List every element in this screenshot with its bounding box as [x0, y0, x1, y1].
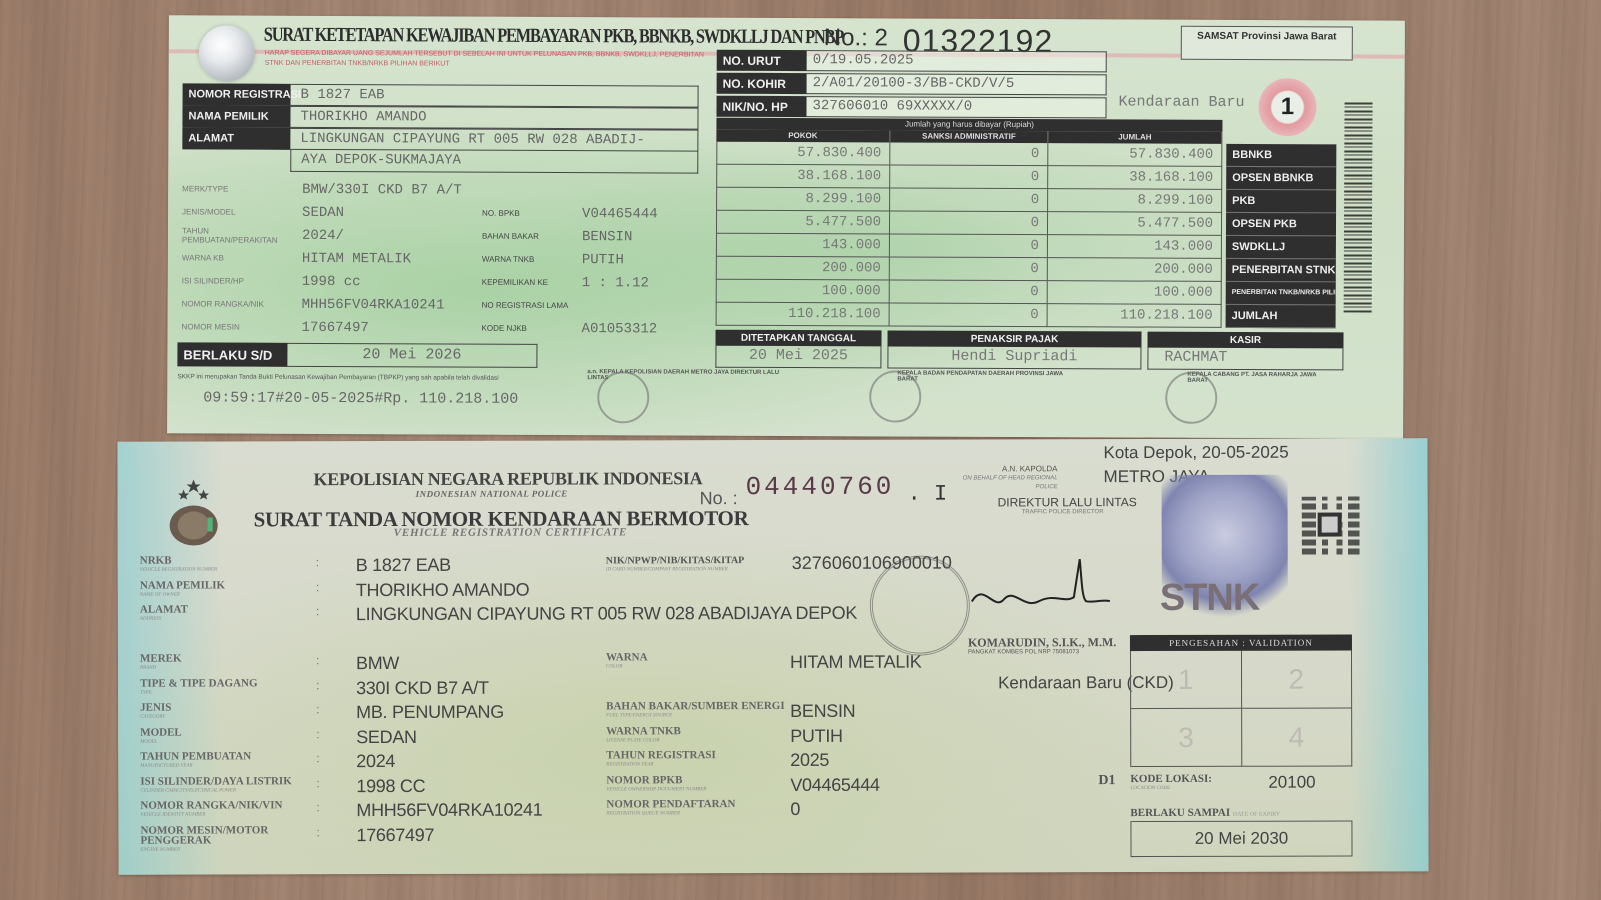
signer-name: KOMARUDIN, S.I.K., M.M. [968, 635, 1116, 650]
tax-row-label: PKB [1226, 190, 1336, 213]
stnk-field-row: WARNA TNKBLICENSE PLATE COLORPUTIH [606, 725, 922, 750]
tax-row: 5.477.50005.477.500OPSEN PKB [716, 211, 1338, 237]
owner-address-line2: AYA DEPOK-SUKMAJAYA [290, 150, 698, 174]
tax-row: 110.218.1000110.218.100JUMLAH [716, 303, 1338, 329]
police-emblem-icon [164, 477, 224, 547]
stnk-field-row: ALAMATADDRESS:LINGKUNGAN CIPAYUNG RT 005… [140, 603, 857, 629]
new-vehicle-label: Kendaraan Baru [1119, 93, 1245, 111]
tax-row-label: BBNKB [1226, 144, 1336, 167]
registration-number: B 1827 EAB [291, 84, 699, 108]
tax-row-label: PENERBITAN TNKB/NRKB PILIHAN [1226, 282, 1336, 305]
d1-code: D1 [1098, 773, 1115, 789]
validation-box: PENGESAHAN : VALIDATION 1 2 3 4 [1130, 634, 1352, 767]
tax-row-label: JUMLAH [1226, 305, 1336, 328]
tax-row: 200.0000200.000PENERBITAN STNK [716, 257, 1338, 283]
tax-row: 143.0000143.000SWDKLLJ [716, 234, 1338, 260]
info-row: NIK/NO. HP327606010 69XXXXX/0 [716, 96, 1106, 119]
director-title: DIREKTUR LALU LINTAS [998, 495, 1137, 509]
bapenda-stamp-icon [869, 370, 921, 422]
stnk-field-row [140, 627, 857, 653]
info-row: NO. URUT0/19.05.2025 [717, 50, 1107, 73]
expiry-date: 20 Mei 2030 [1130, 820, 1352, 857]
police-round-stamp-icon [870, 555, 970, 655]
signoff-assessor: PENAKSIR PAJAKHendi Supriadi [887, 330, 1141, 369]
owner-address: LINGKUNGAN CIPAYUNG RT 005 RW 028 ABADIJ… [290, 128, 698, 152]
barcode-icon [1344, 102, 1373, 312]
qr-code-center [1318, 513, 1342, 537]
stnk-field-row: NOMOR BPKBVEHICLE OWNERSHIP DOCUMENT NUM… [606, 774, 922, 799]
signoff-row: DITETAPKAN TANGGAL20 Mei 2025 PENAKSIR P… [715, 330, 1343, 371]
signoff-date: DITETAPKAN TANGGAL20 Mei 2025 [715, 330, 881, 369]
stnk-certificate: KEPOLISIAN NEGARA REPUBLIK INDONESIA IND… [117, 438, 1428, 874]
stnk-title-en: VEHICLE REGISTRATION CERTIFICATE [394, 526, 627, 539]
police-stamp-icon [597, 371, 649, 423]
stnk-hologram-text: STNK [1160, 577, 1260, 620]
signature-icon [964, 551, 1114, 621]
stnk-field-row: NAMA PEMILIKNAME OF OWNER:THORIKHO AMAND… [140, 578, 857, 604]
hologram-seal-icon [199, 25, 255, 81]
tax-row: 38.168.100038.168.100OPSEN BBNKB [716, 165, 1338, 191]
stnk-number: 04440760 [746, 472, 895, 502]
skpd-number-label: No.: 2 [824, 24, 888, 52]
info-row: NO. KOHIR2/A01/20100-3/BB-CKD/V/5 [717, 73, 1107, 96]
header-info: NO. URUT0/19.05.2025 NO. KOHIR2/A01/2010… [716, 50, 1106, 121]
on-behalf-label: A.N. KAPOLDAON BEHALF OF HEAD REGIONAL P… [958, 465, 1058, 491]
tax-row-label: PENERBITAN STNK [1226, 259, 1336, 282]
jasaraharja-stamp-icon [1165, 372, 1217, 424]
skpd-title: SURAT KETETAPAN KEWAJIBAN PEMBAYARAN PKB… [264, 24, 843, 50]
tax-row: 100.0000100.000PENERBITAN TNKB/NRKB PILI… [716, 280, 1338, 306]
owner-block: NOMOR REGISTRASIB 1827 EAB NAMA PEMILIKT… [182, 83, 698, 173]
stnk-field-row: NOMOR MESIN/MOTOR PENGGERAKENGINE NUMBER… [140, 823, 857, 849]
stnk-field-row: NRKBVEHICLE REGISTRATION NUMBER:B 1827 E… [140, 554, 857, 580]
stnk-field-row: NOMOR PENDAFTARANREGISTRATION QUEUE NUMB… [606, 799, 922, 824]
expiry-label: BERLAKU SAMPAI DATE OF EXPIRY [1130, 807, 1280, 819]
vehicle-field-row: TAHUN PEMBUATAN/PERAKITAN2024/BAHAN BAKA… [182, 223, 702, 248]
stnk-fields-right: WARNACOLORHITAM METALIKBAHAN BAKAR/SUMBE… [606, 652, 922, 824]
vehicle-field-row: NOMOR MESIN17667497KODE NJKBA01053312 [182, 315, 702, 340]
tax-row: 57.830.400057.830.400BBNKB [716, 142, 1338, 168]
vehicle-field-row: WARNA KBHITAM METALIKWARNA TNKBPUTIH [182, 246, 702, 271]
vehicle-fields: MERK/TYPEBMW/330I CKD B7 A/TJENIS/MODELS… [182, 177, 703, 340]
location-code-label: KODE LOKASI:LOCATION CODE [1130, 775, 1212, 793]
validation-cell: 2 [1241, 650, 1352, 708]
validation-note: SKKP ini merupakan Tanda Bukti Pelunasan… [177, 373, 597, 382]
owner-name: THORIKHO AMANDO [290, 106, 698, 130]
skpd-tax-notice: SURAT KETETAPAN KEWAJIBAN PEMBAYARAN PKB… [167, 15, 1405, 438]
header-police: KEPOLISIAN NEGARA REPUBLIK INDONESIA [314, 468, 703, 490]
tax-row-label: SWDKLLJ [1226, 236, 1336, 259]
tax-row: 8.299.10008.299.100PKB [716, 188, 1338, 214]
stnk-field-row: BAHAN BAKAR/SUMBER ENERGIFUEL TYPE/ENERG… [606, 701, 922, 726]
official-bapenda: KEPALA BADAN PENDAPATAN DAERAH PROVINSI … [897, 370, 1077, 383]
vehicle-field-row: MERK/TYPEBMW/330I CKD B7 A/T [182, 177, 702, 202]
tax-row-label: OPSEN BBNKB [1226, 167, 1336, 190]
vehicle-field-row: JENIS/MODELSEDANNO. BPKBV04465444 [182, 200, 702, 225]
tax-row-label: OPSEN PKB [1226, 213, 1336, 236]
validation-cell: 3 [1131, 709, 1242, 767]
signer-nrp: PANGKAT KOMBES POL NRP 75081073 [968, 649, 1079, 655]
tax-table: Jumlah yang harus dibayar (Rupiah) POKOK… [716, 118, 1339, 329]
vehicle-field-row: NOMOR RANGKA/NIKMHH56FV04RKA10241NO REGI… [182, 292, 702, 317]
validation-cell: 4 [1242, 708, 1353, 766]
location-code: 20100 [1268, 773, 1315, 793]
stnk-field-row: WARNACOLORHITAM METALIK [606, 652, 922, 677]
valid-until: BERLAKU S/D 20 Mei 2026 [177, 342, 537, 368]
skpd-subtitle: HARAP SEGERA DIBAYAR UANG SEJUMLAH TERSE… [265, 49, 715, 71]
header-police-en: INDONESIAN NATIONAL POLICE [416, 489, 568, 499]
signoff-cashier: KASIRRACHMAT [1147, 332, 1343, 371]
stnk-number-label: No. : [700, 488, 738, 509]
validation-cell: 1 [1131, 651, 1242, 709]
issue-city-date: Kota Depok, 20-05-2025 [1103, 443, 1288, 463]
samsat-box: SAMSAT Provinsi Jawa Barat [1181, 26, 1353, 61]
stnk-field-row: TAHUN REGISTRASIREGISTRATION YEAR2025 [606, 750, 922, 775]
stnk-number-suffix: . I [908, 482, 948, 507]
stnk-field-row [606, 676, 922, 701]
vehicle-field-row: ISI SILINDER/HP1998 ccKEPEMILIKAN KE1 : … [182, 269, 702, 294]
director-title-en: TRAFFIC POLICE DIRECTOR [1022, 509, 1104, 515]
payment-validation-stamp: 09:59:17#20-05-2025#Rp. 110.218.100 [203, 389, 518, 407]
